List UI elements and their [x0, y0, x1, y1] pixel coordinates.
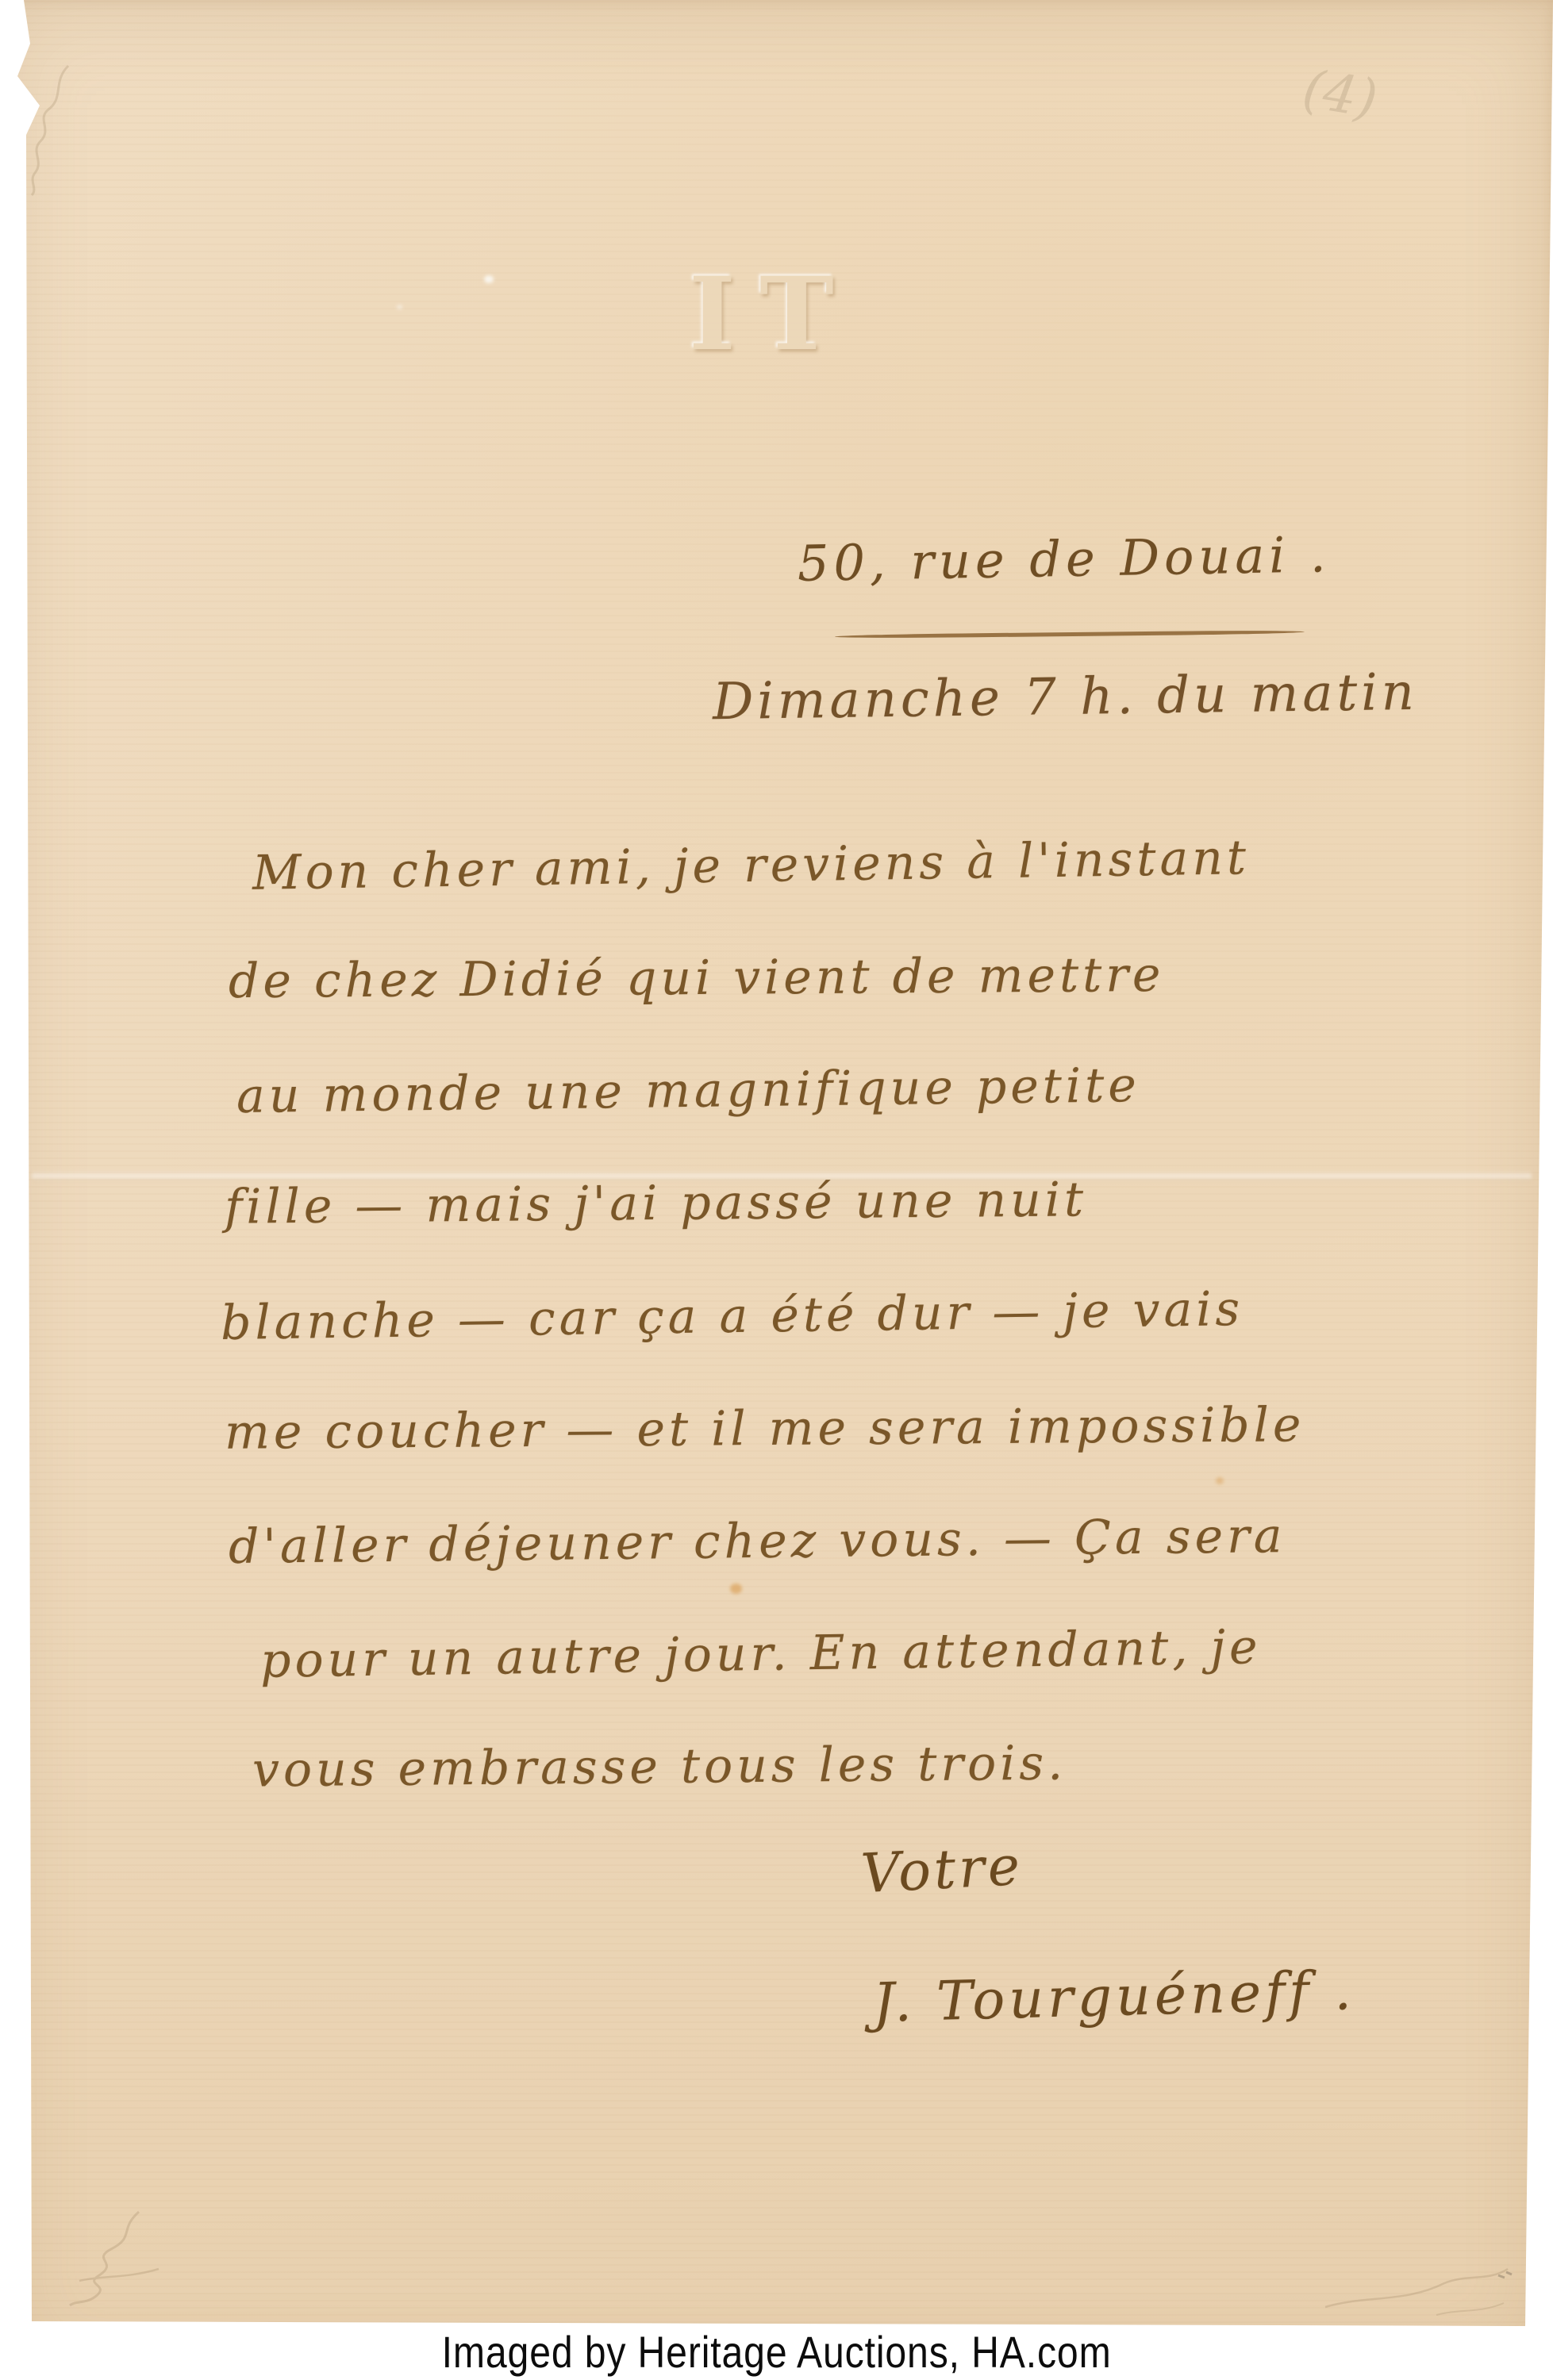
address-line: 50, rue de Douai .	[797, 525, 1331, 593]
pencil-scribble-bottom-left	[63, 2205, 175, 2309]
pencil-scribble-bottom-right	[1317, 2259, 1516, 2327]
paper-chip	[397, 305, 402, 309]
paper-chip	[484, 275, 494, 283]
pencil-scribble-top-left	[21, 62, 84, 197]
caption-band: Imaged by Heritage Auctions, HA.com	[0, 2323, 1553, 2380]
date-line: Dimanche 7 h. du matin	[713, 663, 1419, 731]
foxing-spot	[730, 1583, 742, 1594]
foxing-spot	[1216, 1477, 1224, 1484]
embossed-monogram: IT	[689, 255, 858, 373]
pencil-notation: (4)	[1299, 58, 1382, 130]
body-line: vous embrasse tous les trois.	[252, 1736, 1067, 1798]
body-line: me coucher — et il me sera impossible	[225, 1397, 1305, 1461]
signature: J. Tourguéneff .	[872, 1960, 1356, 2035]
body-line: au monde une magnifique petite	[236, 1058, 1141, 1124]
body-line: d'aller déjeuner chez vous. — Ça sera	[229, 1508, 1286, 1575]
body-line: fille — mais j'ai passé une nuit	[225, 1172, 1088, 1234]
caption-text: Imaged by Heritage Auctions, HA.com	[442, 2326, 1112, 2378]
body-line: de chez Didié qui vient de mettre	[229, 947, 1165, 1009]
closing-word: Votre	[859, 1835, 1024, 1906]
letter-scan-root: { "letter": { "embossed_monogram": "IT",…	[0, 0, 1553, 2380]
